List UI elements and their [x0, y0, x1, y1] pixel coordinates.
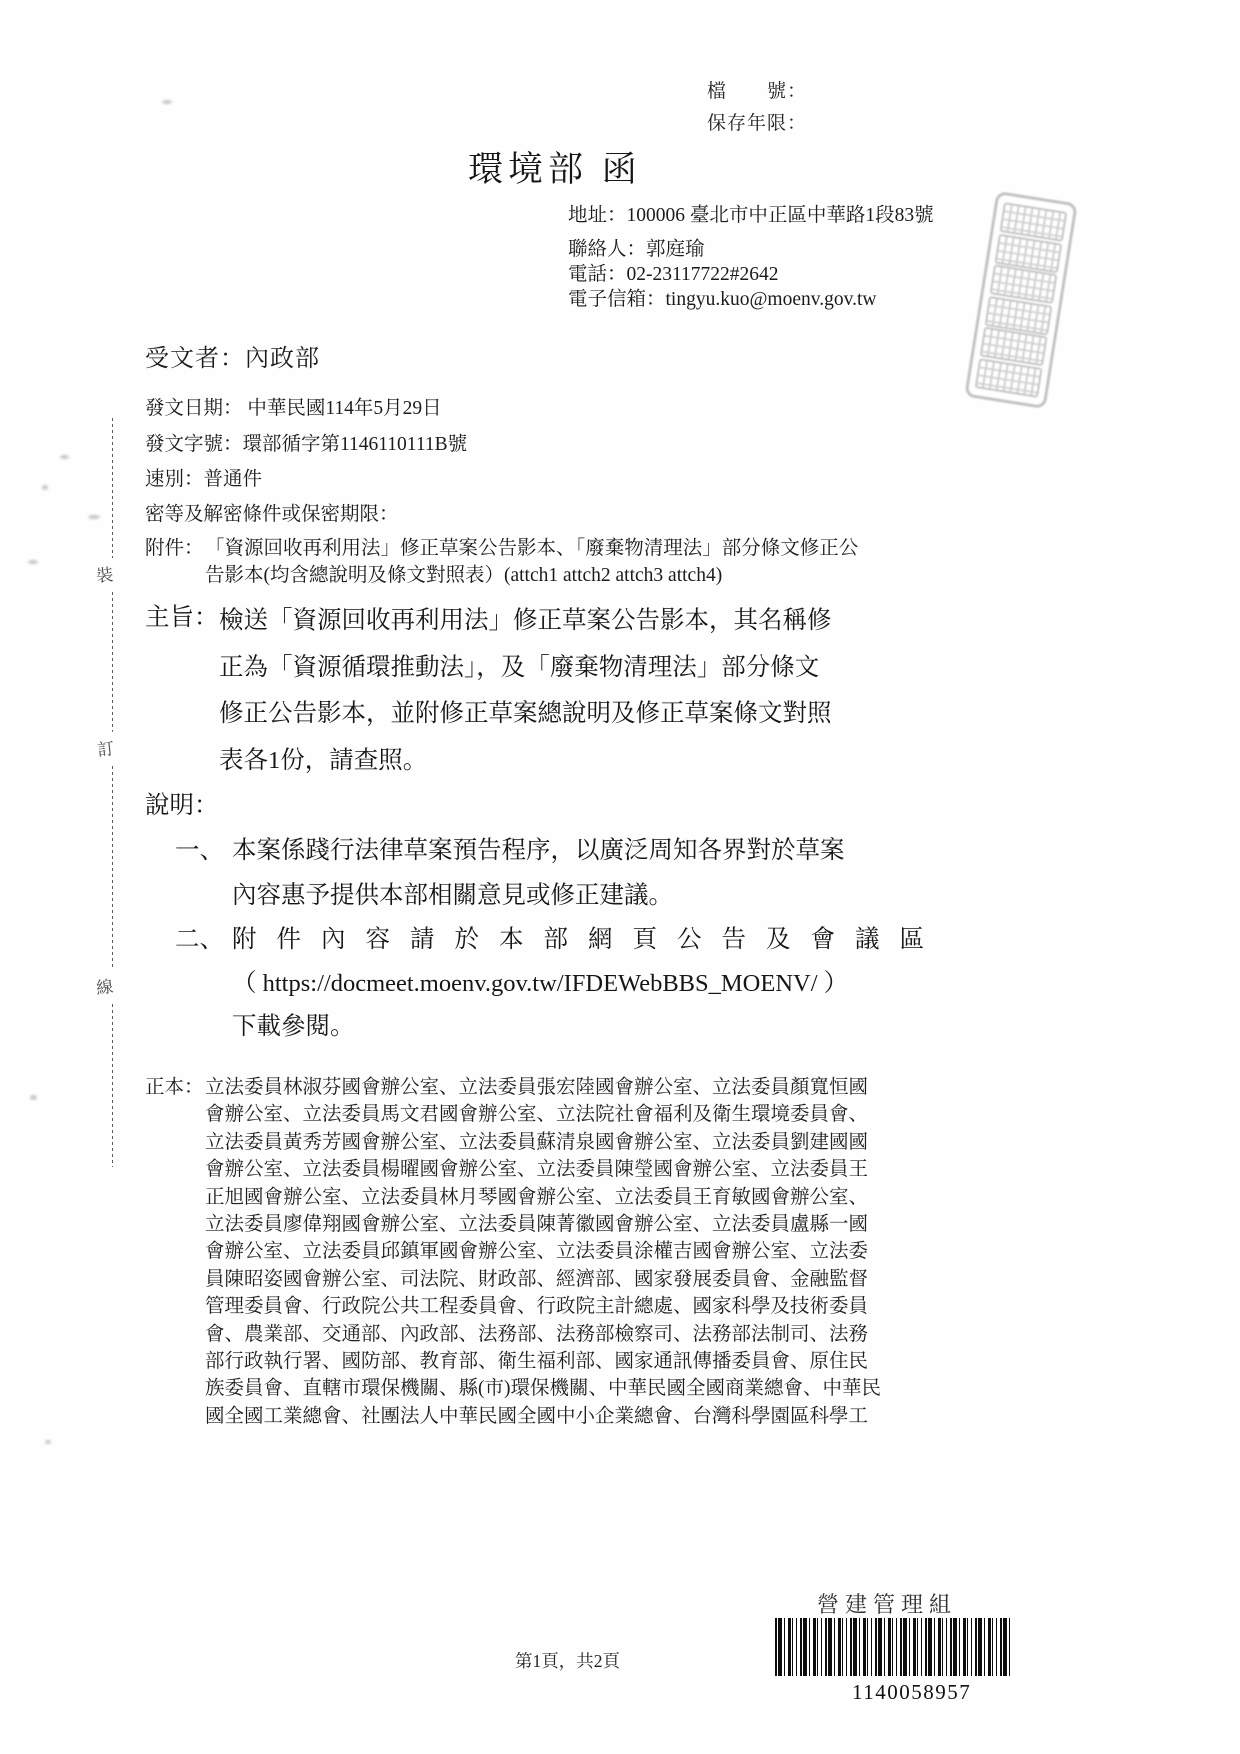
binding-mark-ding: 訂 [95, 731, 115, 764]
copy-to-line: 會辦公室、立法委員邱鎮軍國會辦公室、立法委員涂權吉國會辦公室、立法委 [205, 1238, 881, 1265]
scan-speck [45, 1440, 51, 1444]
scan-speck [28, 560, 38, 564]
scan-speck [42, 485, 48, 490]
seal-outline [964, 191, 1078, 409]
file-number-label: 檔 號： [707, 76, 807, 103]
priority: 速別：普通件 [145, 463, 262, 491]
document-title: 環境部 函 [468, 142, 642, 192]
description-item2-number: 二、 [175, 918, 224, 962]
copy-to-line: 管理委員會、行政院公共工程委員會、行政院主計總處、國家科學及技術委員 [205, 1293, 881, 1320]
scan-speck [88, 515, 100, 519]
contact-person: 聯絡人：郭庭瑜 [568, 237, 934, 262]
department-stamp: 營建管理組 [817, 1588, 957, 1619]
receipt-seal-stamp [980, 196, 1062, 404]
binding-dashed-line [112, 592, 113, 732]
retention-period-label: 保存年限： [707, 108, 807, 135]
binding-dashed-line [112, 766, 113, 970]
subject-body: 檢送「資源回收再利用法」修正草案公告影本，其名稱修 正為「資源循環推動法」，及「… [219, 598, 832, 784]
copy-to-line: 會辦公室、立法委員馬文君國會辦公室、立法院社會福利及衛生環境委員會、 [205, 1101, 881, 1128]
scanned-official-letter: 檔 號： 保存年限： 環境部 函 地址：100006 臺北市中正區中華路1段83… [0, 0, 1240, 1754]
description-item2-line3: 下載參閱。 [232, 1005, 355, 1049]
description-item1-line1: 本案係踐行法律草案預告程序，以廣泛周知各界對於草案 [232, 829, 845, 873]
copy-to-line: 部行政執行署、國防部、教育部、衛生福利部、國家通訊傳播委員會、原住民 [205, 1348, 881, 1375]
attachment-label: 附件： [145, 532, 204, 560]
sender-contact-block: 地址：100006 臺北市中正區中華路1段83號 聯絡人：郭庭瑜 電話：02-2… [568, 200, 934, 312]
scan-speck [60, 455, 69, 459]
copy-to-line: 立法委員林淑芬國會辦公室、立法委員張宏陸國會辦公室、立法委員顏寬恒國 [205, 1074, 881, 1101]
attachment-line-1: 「資源回收再利用法」修正草案公告影本、「廢棄物清理法」部分條文修正公 [205, 532, 858, 560]
copy-to-line: 員陳昭姿國會辦公室、司法院、財政部、經濟部、國家發展委員會、金融監督 [205, 1266, 881, 1293]
subject-line: 正為「資源循環推動法」，及「廢棄物清理法」部分條文 [219, 645, 832, 692]
copy-to-line: 族委員會、直轄市環保機關、縣(市)環保機關、中華民國全國商業總會、中華民 [205, 1375, 881, 1402]
binding-mark-zhuang: 裝 [94, 557, 114, 590]
binding-mark-xian: 線 [94, 969, 114, 1002]
security-classification: 密等及解密條件或保密期限： [145, 498, 399, 526]
page-number-indicator: 第1頁，共2頁 [515, 1648, 620, 1673]
copy-to-line: 立法委員黃秀芳國會辦公室、立法委員蘇清泉國會辦公室、立法委員劉建國國 [205, 1129, 881, 1156]
subject-line: 修正公告影本，並附修正草案總說明及修正草案條文對照 [219, 691, 832, 738]
description-item1-number: 一、 [175, 829, 224, 873]
copy-to-line: 會、農業部、交通部、內政部、法務部、法務部檢察司、法務部法制司、法務 [205, 1321, 881, 1348]
description-item1-line2: 內容惠予提供本部相關意見或修正建議。 [232, 874, 673, 918]
description-item2-line1: 附件內容請於本部網頁公告及會議區 [232, 918, 944, 962]
binding-dashed-line [112, 1004, 113, 1167]
attachment-line-2: 告影本(均含總說明及條文對照表）(attch1 attch2 attch3 at… [205, 559, 722, 587]
contact-phone: 電話：02-23117722#2642 [568, 262, 934, 287]
issue-date: 發文日期： 中華民國114年5月29日 [145, 392, 442, 420]
doc-number: 發文字號：環部循字第1146110111B號 [145, 428, 467, 456]
subject-label: 主旨： [145, 598, 219, 633]
copy-to-line: 立法委員廖偉翔國會辦公室、立法委員陳菁徽國會辦公室、立法委員盧縣一國 [205, 1211, 881, 1238]
recipient-line: 受文者：內政部 [145, 338, 320, 373]
description-label: 說明： [145, 786, 219, 821]
barcode-number: 1140058957 [852, 1680, 971, 1705]
copy-to-line: 會辦公室、立法委員楊曜國會辦公室、立法委員陳瑩國會辦公室、立法委員王 [205, 1156, 881, 1183]
copy-to-line: 正旭國會辦公室、立法委員林月琴國會辦公室、立法委員王育敏國會辦公室、 [205, 1184, 881, 1211]
contact-email: 電子信箱：tingyu.kuo@moenv.gov.tw [568, 287, 934, 312]
barcode [775, 1618, 1012, 1676]
copy-to-label: 正本： [145, 1074, 204, 1101]
description-item2-url: （ https://docmeet.moenv.gov.tw/IFDEWebBB… [232, 962, 848, 1006]
scan-speck [30, 1095, 37, 1100]
binding-dashed-line [112, 418, 113, 558]
sender-address: 地址：100006 臺北市中正區中華路1段83號 [568, 200, 934, 231]
copy-to-list: 立法委員林淑芬國會辦公室、立法委員張宏陸國會辦公室、立法委員顏寬恒國 會辦公室、… [205, 1074, 881, 1430]
subject-line: 表各1份，請查照。 [219, 738, 832, 785]
subject-line: 檢送「資源回收再利用法」修正草案公告影本，其名稱修 [219, 598, 832, 645]
scan-speck [162, 100, 172, 104]
copy-to-line: 國全國工業總會、社團法人中華民國全國中小企業總會、台灣科學園區科學工 [205, 1403, 881, 1430]
